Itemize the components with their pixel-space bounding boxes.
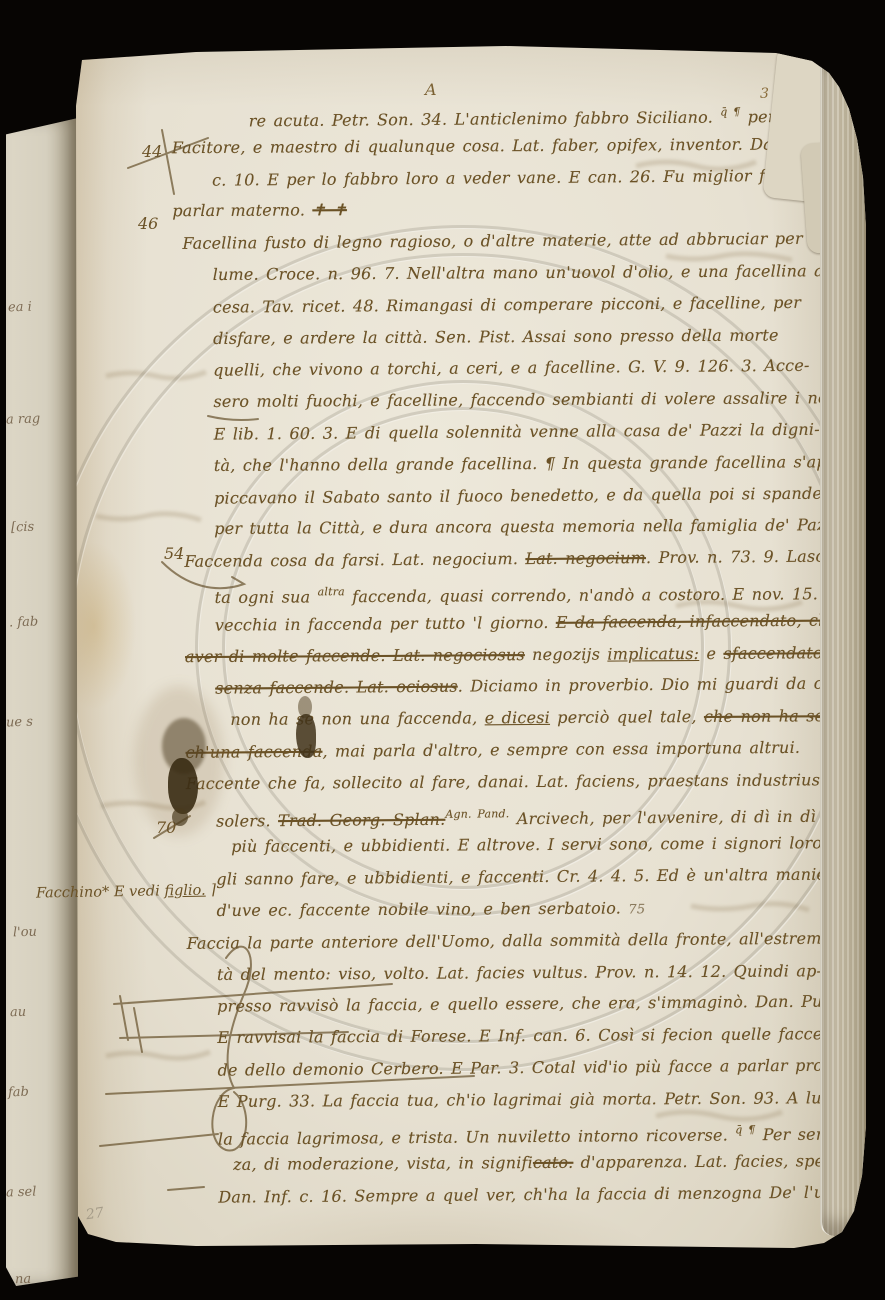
handwritten-text: Arcivech, per l'avvenire, di dì in dì e'… (509, 806, 866, 828)
manuscript-line: de dello demonio Cerbero. E Par. 3. Cota… (217, 1049, 862, 1086)
handwritten-text: tà, che l'hanno della grande facellina. … (214, 452, 833, 475)
manuscript-page: A 3 re acuta. Petr. Son. 34. L'anticleni… (76, 46, 866, 1248)
handwritten-text: altra (318, 585, 345, 598)
manuscript-line: la faccia lagrimosa, e trista. Un nuvile… (218, 1113, 863, 1150)
handwritten-text: za, di moderazione, vista, in signifi (233, 1153, 533, 1174)
handwritten-text: . Diciamo in proverbio. Dio mi guardi da… (458, 674, 839, 696)
handwritten-text: Dan. Inf. c. 16. Sempre a quel ver, ch'h… (218, 1183, 855, 1207)
handwritten-text: cesa. Tav. ricet. 48. Rimangasi di compe… (213, 293, 801, 317)
handwritten-text: quelli, che vivono a torchi, a ceri, e a… (213, 356, 809, 380)
manuscript-line: tà, che l'hanno della grande facellina. … (214, 446, 859, 482)
handwritten-text: . Prov. n. 73. 9. Lascia- (646, 547, 845, 568)
manuscript-line: E Purg. 33. La faccia tua, ch'io lagrima… (218, 1082, 863, 1118)
manuscript-line: Faccenda cosa da farsi. Lat. negocium. L… (184, 540, 859, 577)
handwritten-text: per tutta la Città, e dura ancora questa… (214, 515, 845, 538)
handwritten-text: presso ravvisò la faccia, e quello esser… (217, 992, 866, 1016)
manuscript-line: ch'una faccenda, mai parla d'altro, e se… (185, 731, 860, 768)
handwritten-text: E Purg. 33. La faccia tua, ch'io lagrima… (218, 1088, 827, 1111)
handwritten-text: Faccenda cosa da farsi. Lat. negocium. (184, 549, 525, 571)
handwritten-text: q̄ ¶ (720, 105, 740, 118)
handwritten-text: non ha se non una faccenda, (230, 708, 484, 729)
manuscript-line: sero molti fuochi, e facelline, faccendo… (213, 382, 858, 418)
edge-text-fragment: a sel (6, 1184, 37, 1200)
manuscript-text-block: re acuta. Petr. Son. 34. L'anticlenimo f… (212, 96, 864, 1213)
handwritten-text: d'apparenza. Lat. facies, species. (573, 1151, 862, 1172)
handwritten-text: e dicesi (485, 708, 550, 727)
struck-text: ch'una faccenda (186, 742, 323, 762)
margin-note-word: Facchino* (36, 884, 110, 901)
manuscript-line: Facitore, e maestro di qualunque cosa. L… (172, 128, 857, 164)
margin-number-54: 54 (164, 544, 184, 563)
handwritten-text: E ravvisai la faccia di Forese. E Inf. c… (217, 1024, 858, 1047)
manuscript-line: Dan. Inf. c. 16. Sempre a quel ver, ch'h… (218, 1176, 863, 1213)
previous-page-edge: ea ia rag[cis. fabue sl'ouaufaba selna (6, 118, 78, 1286)
manuscript-line: cesa. Tav. ricet. 48. Rimangasi di compe… (213, 286, 858, 323)
manuscript-line: parlar materno. ✝ ✝ (172, 191, 857, 227)
manuscript-line: piccavano il Sabato santo il fuoco bened… (214, 477, 859, 514)
fore-edge-leaf-stack (820, 58, 866, 1236)
struck-text: ✝ ✝ (312, 201, 347, 220)
manuscript-line: Faccia la parte anteriore dell'Uomo, dal… (187, 922, 862, 959)
header-letter: A (425, 80, 437, 99)
edge-text-fragment: au (10, 1005, 27, 1021)
handwritten-text: Faccia la parte anteriore dell'Uomo, dal… (187, 928, 833, 952)
handwritten-text: piccavano il Sabato santo il fuoco bened… (214, 483, 841, 507)
struck-text: Lat. negocium (525, 548, 646, 568)
manuscript-line: solers. Trad. Georg. Splan.Agn. Pand. Ar… (216, 795, 861, 832)
edge-text-fragment: fab (8, 1085, 29, 1101)
manuscript-line: za, di moderazione, vista, in significat… (233, 1145, 863, 1181)
manuscript-line: aver di molte faccende. Lat. negociosus … (185, 637, 860, 673)
struck-text: sfaccendato, (723, 643, 828, 663)
handwritten-text: ta ogni sua (215, 587, 318, 607)
handwritten-text: la faccia lagrimosa, e trista. Un nuvile… (218, 1125, 735, 1148)
struck-text: Trad. Georg. Splan. (278, 809, 445, 829)
manuscript-line: tà del mento: viso, volto. Lat. facies v… (217, 955, 862, 991)
struck-text: senza faccende. Lat. ociosus (215, 677, 458, 698)
struck-text: cato. (533, 1153, 573, 1172)
manuscript-line: Facellina fusto di legno ragioso, o d'al… (182, 223, 857, 260)
handwritten-text: lume. Croce. n. 96. 7. Nell'altra mano u… (213, 261, 839, 284)
manuscript-line: non ha se non una faccenda, e dicesi per… (230, 700, 860, 736)
handwritten-text: implicatus: (607, 644, 699, 664)
handwritten-text: disfare, e ardere la città. Sen. Pist. A… (213, 325, 779, 347)
handwritten-text: Facellina fusto di legno ragioso, o d'al… (182, 229, 833, 253)
handwritten-text: vecchia in faccenda per tutto 'l giorno. (215, 613, 556, 635)
manuscript-line: E lib. 1. 60. 3. E di quella solennità v… (214, 413, 859, 450)
handwritten-text: c. 10. E per lo fabbro loro a veder vane… (212, 165, 846, 189)
manuscript-line: presso ravvisò la faccia, e quello esser… (217, 986, 862, 1023)
manuscript-line: c. 10. E per lo fabbro loro a veder vane… (212, 159, 857, 196)
edge-text-fragment: [cis (11, 520, 35, 536)
margin-note-bracket: ⌉ (210, 882, 216, 898)
margin-number-70: 70 (156, 818, 176, 837)
handwritten-text: negozijs (525, 644, 608, 664)
handwritten-text: re acuta. Petr. Son. 34. L'anticlenimo f… (249, 108, 721, 131)
handwritten-text: perciò quel tale, (550, 707, 704, 727)
page-number: 3 (760, 86, 769, 102)
pencil-folio-number: 27 (85, 1205, 105, 1223)
margin-note-facchino: Facchino* E vedi figlio. ⌉ (36, 882, 216, 901)
edge-text-fragment: ea i (8, 300, 32, 316)
manuscript-line: senza faccende. Lat. ociosus. Diciamo in… (215, 668, 860, 705)
manuscript-line: Faccente che fa, sollecito al fare, dana… (186, 764, 861, 800)
handwritten-text: de dello demonio Cerbero. E Par. 3. Cota… (217, 1055, 855, 1079)
manuscript-line: gli sanno fare, e ubbidienti, e faccenti… (216, 858, 861, 895)
handwritten-text: e (699, 643, 723, 662)
handwritten-text: gli sanno fare, e ubbidienti, e faccenti… (216, 865, 844, 889)
manuscript-line: vecchia in faccenda per tutto 'l giorno.… (215, 604, 860, 641)
handwritten-text: faccenda, quasi correndo, n'andò a costo… (345, 584, 866, 606)
struck-text: aver di molte faccende. Lat. negociosus (185, 645, 525, 666)
handwritten-text: più faccenti, e ubbidienti. E altrove. I… (231, 834, 822, 857)
handwritten-text: sero molti fuochi, e facelline, faccendo… (213, 388, 866, 411)
margin-number-46: 46 (138, 214, 158, 233)
manuscript-photo: { "page": { "header_letter": "A", "page_… (0, 0, 885, 1300)
manuscript-line: per tutta la Città, e dura ancora questa… (214, 509, 859, 545)
manuscript-line: quelli, che vivono a torchi, a ceri, e a… (213, 350, 858, 387)
edge-text-fragment: na (15, 1272, 32, 1288)
handwritten-text: solers. (216, 811, 278, 831)
manuscript-line: più faccenti, e ubbidienti. E altrove. I… (231, 827, 861, 863)
handwritten-text: Faccente che fa, sollecito al fare, dana… (186, 770, 826, 793)
handwritten-text: 75 (628, 902, 645, 917)
manuscript-line: lume. Croce. n. 96. 7. Nell'altra mano u… (213, 255, 858, 291)
handwritten-text: d'uve ec. faccente nobile vino, e ben se… (216, 898, 628, 920)
handwritten-text: , mai parla d'altro, e sempre con essa i… (322, 738, 800, 761)
handwritten-text: E lib. 1. 60. 3. E di quella solennità v… (214, 420, 820, 444)
margin-number-44: 44 (142, 142, 162, 161)
manuscript-line: d'uve ec. faccente nobile vino, e ben se… (216, 891, 861, 927)
manuscript-line: disfare, e ardere la città. Sen. Pist. A… (213, 319, 858, 355)
manuscript-line: E ravvisai la faccia di Forese. E Inf. c… (217, 1018, 862, 1054)
margin-note-underlined: figlio. (164, 883, 206, 900)
edge-text-fragment: a rag (6, 411, 41, 427)
handwritten-text: Agn. Pand. (445, 807, 509, 821)
handwritten-text: tà del mento: viso, volto. Lat. facies v… (217, 961, 822, 984)
manuscript-line: ta ogni sua altra faccenda, quasi corren… (215, 573, 860, 609)
handwritten-text: q̄ ¶ (735, 1123, 755, 1136)
handwritten-text: parlar materno. (172, 201, 312, 221)
handwritten-text: Facitore, e maestro di qualunque cosa. L… (172, 134, 841, 157)
margin-note-mid: E vedi (114, 883, 160, 900)
edge-text-fragment: l'ou (13, 925, 37, 941)
edge-text-fragment: . fab (9, 614, 39, 630)
edge-text-fragment: ue s (6, 715, 33, 731)
